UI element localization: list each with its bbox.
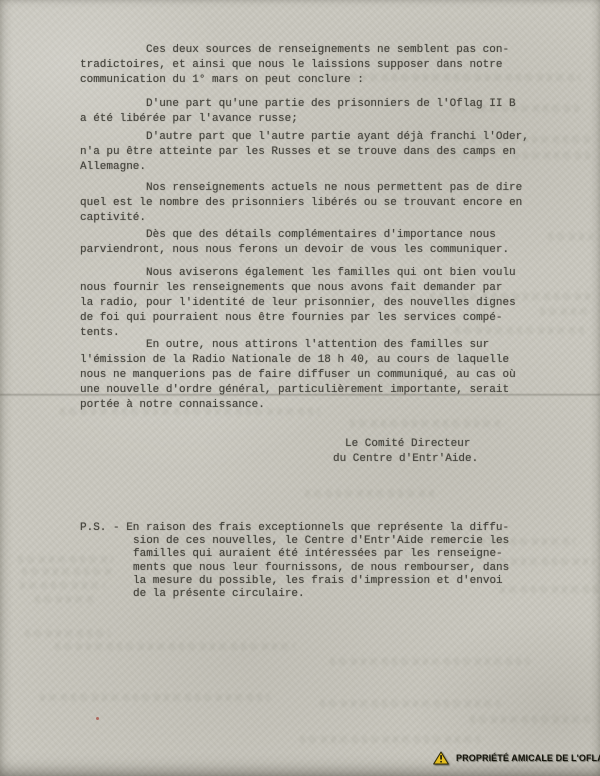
paragraph-conclusion-intro: Ces deux sources de renseignements ne se… xyxy=(80,43,550,88)
bleed-through-text xyxy=(305,490,435,497)
bleed-through-text xyxy=(548,233,593,240)
ownership-stamp: PROPRIÉTÉ AMICALE DE L'OFLAG xyxy=(433,748,600,768)
signature-block: Le Comité Directeur du Centre d'Entr'Aid… xyxy=(333,437,553,467)
bleed-through-text xyxy=(300,736,480,743)
ink-speck xyxy=(96,717,99,720)
paragraph-no-numbers: Nos renseignements actuels ne nous perme… xyxy=(80,181,550,226)
bleed-through-text xyxy=(25,630,110,637)
paragraph-families-notice: Nous aviserons également les familles qu… xyxy=(80,266,550,341)
postscript: P.S. - En raison des frais exceptionnels… xyxy=(80,522,600,601)
paragraph-further-details: Dès que des détails complémentaires d'im… xyxy=(80,228,550,258)
stamp-label: PROPRIÉTÉ AMICALE DE L'OFLAG xyxy=(456,753,600,764)
bleed-through-text xyxy=(330,658,530,665)
warning-triangle-icon xyxy=(433,751,449,765)
paragraph-radio-broadcast: En outre, nous attirons l'attention des … xyxy=(80,338,550,413)
paragraph-liberated-part: D'une part qu'une partie des prisonniers… xyxy=(80,97,550,127)
bleed-through-text xyxy=(40,694,270,701)
paragraph-other-part: D'autre part que l'autre partie ayant dé… xyxy=(80,130,550,175)
bleed-through-text xyxy=(320,700,500,707)
scanned-letter-page: Ces deux sources de renseignements ne se… xyxy=(0,0,600,776)
bleed-through-text xyxy=(350,420,500,427)
bleed-through-text xyxy=(55,643,295,650)
bleed-through-text xyxy=(470,716,590,723)
